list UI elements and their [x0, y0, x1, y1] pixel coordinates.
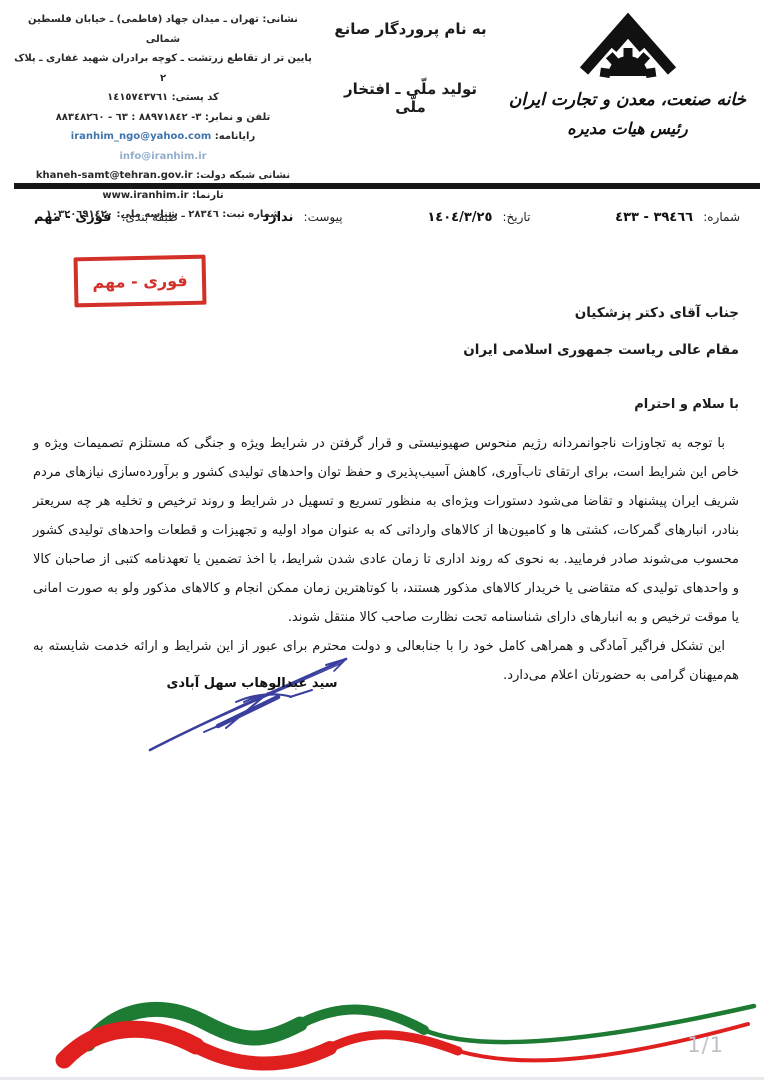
email-primary: iranhim_ngo@yahoo.com — [71, 131, 211, 142]
signature-block: سید عبدالوهاب سهل آبادی — [138, 640, 366, 768]
signatory-name: سید عبدالوهاب سهل آبادی — [138, 676, 366, 691]
meta-attachment: پیوست: ندارد — [262, 206, 342, 225]
national-slogan-text: تولید ملّی ـ افتخار ملّی — [328, 80, 493, 116]
meta-attachment-value: ندارد — [262, 210, 293, 225]
letter-body: جناب آقای دکتر پزشکیان مقام عالی ریاست ج… — [33, 303, 739, 690]
meta-number-label: شماره: — [703, 210, 740, 224]
recipient-name: جناب آقای دکتر پزشکیان — [33, 303, 739, 323]
letterhead-center-block: به نام پروردگار صانع تولید ملّی ـ افتخار… — [328, 20, 493, 116]
body-paragraph-1: با توجه به تجاوزات ناجوانمردانه رژیم منح… — [33, 429, 739, 632]
meta-classification-value: فوری - مهم — [34, 210, 111, 225]
meta-date-label: تاریخ: — [502, 210, 530, 224]
contact-info-block: نشانی: تهران ـ میدان جهاد (فاطمی) ـ خیاب… — [14, 10, 312, 225]
salutation-text: با سلام و احترام — [33, 395, 739, 415]
postal-code-line: کد پستی: ١٤١٥٧٤٣٧٦١ — [14, 88, 312, 108]
meta-number: شماره: ٣٩٤٦٦ - ٤٣٣ — [615, 206, 740, 225]
header-divider-rule — [14, 183, 760, 189]
meta-date: تاریخ: ١٤٠٤/٣/٢٥ — [427, 206, 530, 225]
letter-page: نشانی: تهران ـ میدان جهاد (فاطمی) ـ خیاب… — [0, 0, 764, 1080]
meta-classification: طبقه بندی: فوری - مهم — [34, 206, 178, 225]
iran-flag-brush-icon — [46, 994, 762, 1074]
roof-gear-logo-icon — [578, 8, 678, 82]
page-number: 1/1 — [687, 1033, 724, 1057]
email-line: رایانامه: iranhim_ngo@yahoo.com — [14, 127, 312, 147]
address-line-1: نشانی: تهران ـ میدان جهاد (فاطمی) ـ خیاب… — [14, 10, 312, 49]
meta-attachment-label: پیوست: — [304, 210, 343, 224]
recipient-title: مقام عالی ریاست جمهوری اسلامی ایران — [33, 340, 739, 360]
org-brand-block: خانه صنعت، معدن و تجارت ایران رئیس هیات … — [495, 8, 760, 138]
meta-classification-label: طبقه بندی: — [121, 210, 177, 224]
email-label: رایانامه: — [215, 131, 255, 142]
address-line-2: پایین تر از تقاطع زرتشت ـ کوچه برادران ش… — [14, 49, 312, 88]
signature-scribble-icon — [138, 640, 366, 768]
phone-fax-line: تلفن و نمابر: ٣- ٨٨٩٧١٨٤٢ : ٦٣ - ٨٨٣٤٨٢٦… — [14, 108, 312, 128]
urgent-important-stamp: فوری - مهم — [73, 255, 206, 308]
document-meta-row: شماره: ٣٩٤٦٦ - ٤٣٣ تاریخ: ١٤٠٤/٣/٢٥ پیوس… — [34, 206, 740, 225]
signatory-role-calligraphy: رئیس هیات مدیره — [495, 119, 760, 138]
stamp-text: فوری - مهم — [92, 271, 188, 292]
meta-date-value: ١٤٠٤/٣/٢٥ — [427, 210, 492, 225]
email-secondary: info@iranhim.ir — [14, 147, 312, 167]
org-name-calligraphy: خانه صنعت، معدن و تجارت ایران — [495, 90, 760, 110]
meta-number-value: ٣٩٤٦٦ - ٤٣٣ — [615, 210, 693, 225]
basmala-text: به نام پروردگار صانع — [328, 20, 493, 38]
